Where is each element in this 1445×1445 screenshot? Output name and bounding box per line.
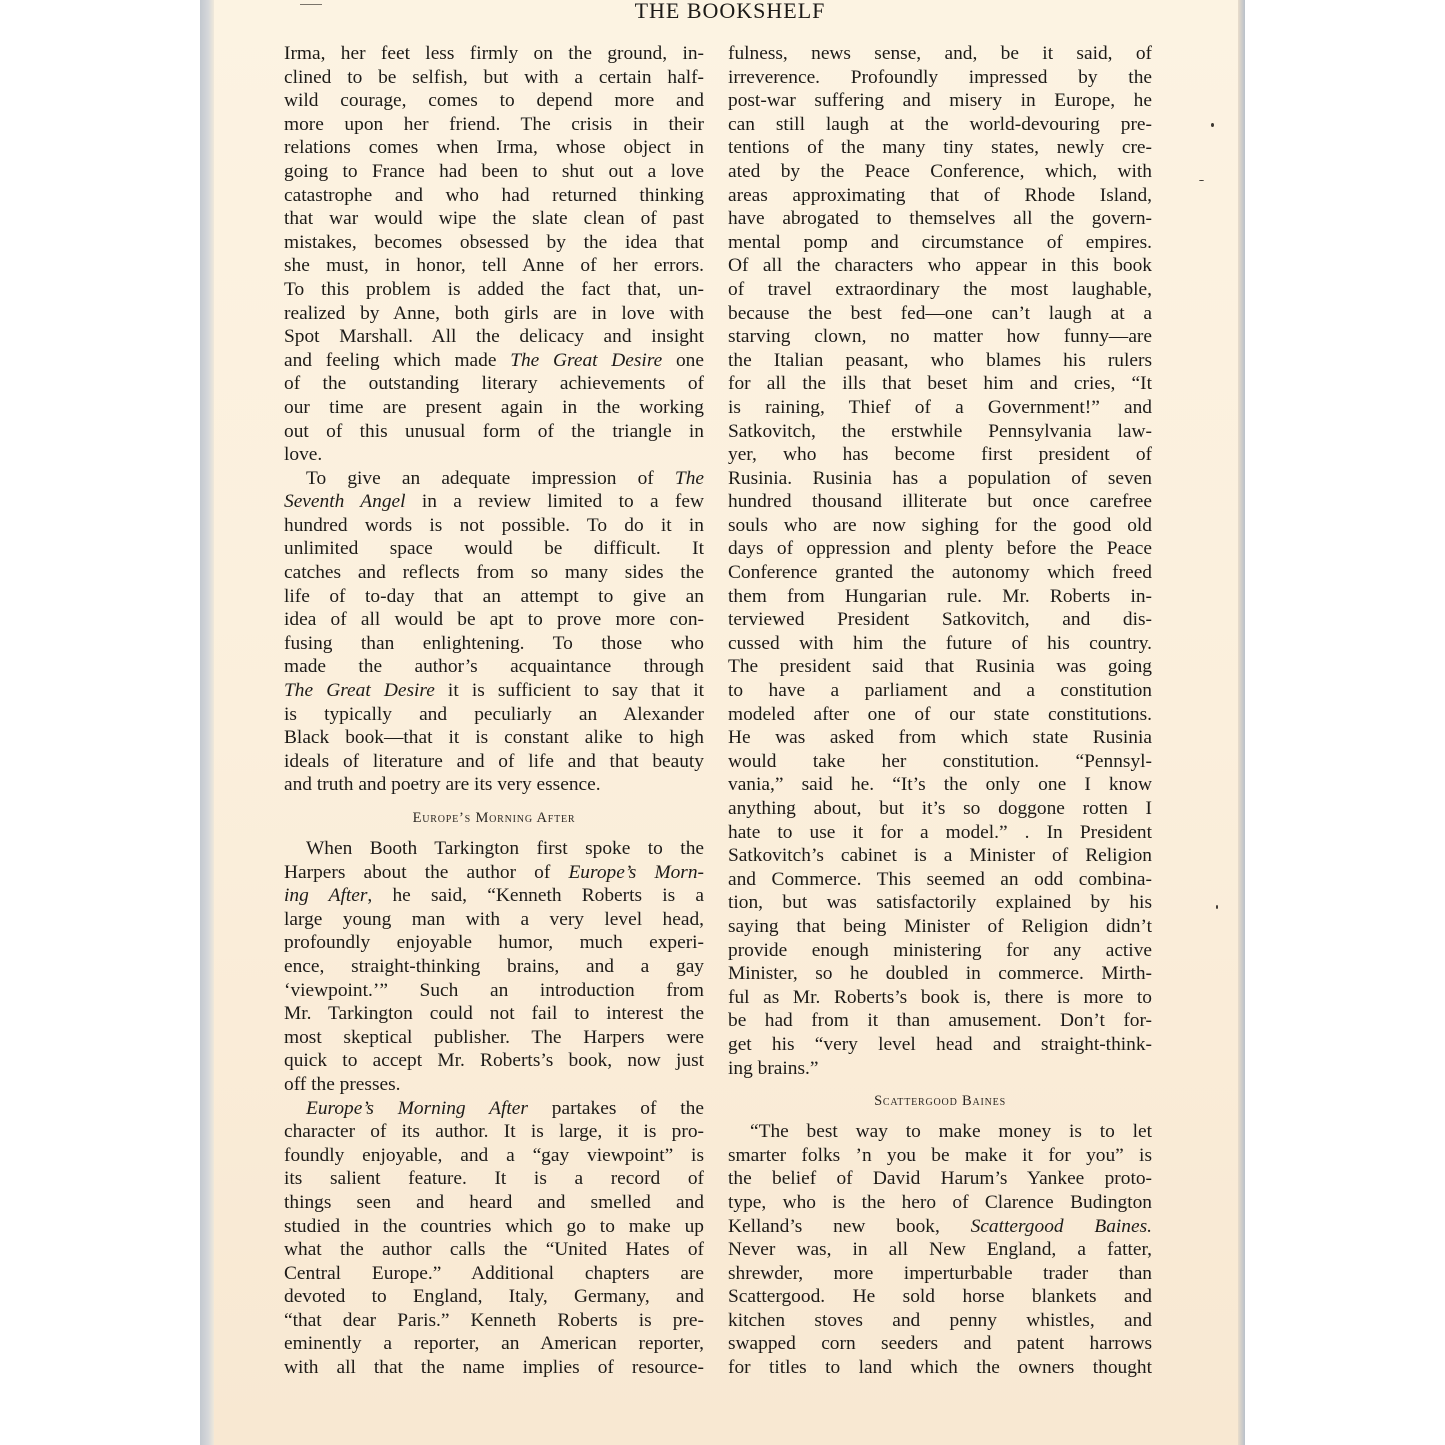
text-line: to have a parliament and a constitution [728,679,1152,703]
text-line: quick to accept Mr. Roberts’s book, now … [284,1049,704,1073]
text-line: profoundly enjoyable humor, much experi- [284,931,704,955]
text-line: relations comes when Irma, whose object … [284,136,704,160]
text-line: can still laugh at the world-devouring p… [728,113,1152,137]
text-line: kitchen stoves and penny whistles, and [728,1309,1152,1333]
text-line: yer, who has become first president of [728,443,1152,467]
text-run: Harpers about the author of [284,862,568,883]
text-line: most skeptical publisher. The Harpers we… [284,1026,704,1050]
text-line: To this problem is added the fact that, … [284,278,704,302]
text-line: the belief of David Harum’s Yankee proto… [728,1167,1152,1191]
text-line: areas approximating that of Rhode Island… [728,184,1152,208]
text-run: Kelland’s new book, [728,1216,971,1237]
running-head: THE BOOKSHELF [560,0,900,24]
text-line: Europe’s Morning After partakes of the [284,1097,704,1121]
text-line: things seen and heard and smelled and [284,1191,704,1215]
text-line: tentions of the many tiny states, newly … [728,136,1152,160]
text-line: Black book—that it is constant alike to … [284,726,704,750]
text-line: Kelland’s new book, Scattergood Baines. [728,1215,1152,1239]
text-run: in a review limited to a few [406,491,704,512]
paper-speck [1216,905,1218,909]
text-line: realized by Anne, both girls are in love… [284,302,704,326]
text-line: fulness, news sense, and, be it said, of [728,42,1152,66]
text-line: out of this unusual form of the triangle… [284,420,704,444]
text-line: ideals of literature and of life and tha… [284,750,704,774]
text-line: saying that being Minister of Religion d… [728,915,1152,939]
text-line: hundred words is not possible. To do it … [284,514,704,538]
text-line: “The best way to make money is to let [728,1120,1152,1144]
text-line: Of all the characters who appear in this… [728,254,1152,278]
paragraph-roberts-continued: fulness, news sense, and, be it said, of… [728,42,1152,1080]
text-line: swapped corn seeders and patent harrows [728,1332,1152,1356]
text-line: fusing than enlightening. To those who [284,632,704,656]
print-mark [300,4,322,5]
text-line: large young man with a very level head, [284,908,704,932]
text-line: Scattergood. He sold horse blankets and [728,1285,1152,1309]
text-line: cussed with him the future of his countr… [728,632,1152,656]
text-line: souls who are now sighing for the good o… [728,514,1152,538]
left-column: Irma, her feet less firmly on the ground… [284,42,704,1380]
text-line: be had from it than amusement. Don’t for… [728,1009,1152,1033]
text-line: life of to-day that an attempt to give a… [284,585,704,609]
text-run: and feeling which made [284,350,510,371]
text-line: Spot Marshall. All the delicacy and insi… [284,325,704,349]
text-line: anything about, but it’s so doggone rott… [728,797,1152,821]
text-line: she must, in honor, tell Anne of her err… [284,254,704,278]
text-line: studied in the countries which go to mak… [284,1215,704,1239]
paper-speck [1211,123,1214,127]
text-line: because the best fed—one can’t laugh at … [728,302,1152,326]
section-heading-europes-morning-after: Europe’s Morning After [284,797,704,833]
text-line: “that dear Paris.” Kenneth Roberts is pr… [284,1309,704,1333]
text-run: To give an adequate impression of [306,468,675,489]
book-title: Seventh Angel [284,491,406,512]
text-line: catches and reflects from so many sides … [284,561,704,585]
text-line: devoted to England, Italy, Germany, and [284,1285,704,1309]
book-title: Europe’s Morning After [306,1098,528,1119]
text-line: mental pomp and circumstance of empires. [728,231,1152,255]
text-line: the Italian peasant, who blames his rule… [728,349,1152,373]
text-line: Central Europe.” Additional chapters are [284,1262,704,1286]
page-right-edge [1238,0,1245,1445]
text-line: eminently a reporter, an American report… [284,1332,704,1356]
text-line: wild courage, comes to depend more and [284,89,704,113]
text-line: of travel extraordinary the most laughab… [728,278,1152,302]
text-run: it is sufficient to say that it [435,680,704,701]
text-line: more upon her friend. The crisis in thei… [284,113,704,137]
text-line: Conference granted the autonomy which fr… [728,561,1152,585]
text-line: ated by the Peace Conference, which, wit… [728,160,1152,184]
text-line: To give an adequate impression of The [284,467,704,491]
text-line: Seventh Angel in a review limited to a f… [284,490,704,514]
book-title: The [675,468,704,489]
paragraph-irma: Irma, her feet less firmly on the ground… [284,42,704,467]
book-title: The Great Desire [284,680,435,701]
text-line: hundred thousand illiterate but once car… [728,490,1152,514]
text-line: vania,” said he. “It’s the only one I kn… [728,773,1152,797]
page-left-edge [200,0,214,1445]
text-line: Harpers about the author of Europe’s Mor… [284,861,704,885]
text-line: have abrogated to themselves all the gov… [728,207,1152,231]
text-line: hate to use it for a model.” . In Presid… [728,821,1152,845]
text-line: clined to be selfish, but with a certain… [284,66,704,90]
paragraph-tarkington: When Booth Tarkington first spoke to the… [284,837,704,1097]
paper-speck [1199,180,1204,181]
text-line: starving clown, no matter how funny—are [728,325,1152,349]
text-run: partakes of the [528,1098,704,1119]
book-title: The Great Desire [510,350,662,371]
paragraph-scattergood: “The best way to make money is to let sm… [728,1120,1152,1380]
text-line: The Great Desire it is sufficient to say… [284,679,704,703]
book-title: Europe’s Morn- [568,862,704,883]
text-line: He was asked from which state Rusinia [728,726,1152,750]
text-line: shrewder, more imperturbable trader than [728,1262,1152,1286]
text-line: for titles to land which the owners thou… [728,1356,1152,1380]
text-line: its salient feature. It is a record of [284,1167,704,1191]
text-line: Minister, so he doubled in commerce. Mir… [728,962,1152,986]
text-line: ence, straight-thinking brains, and a ga… [284,955,704,979]
book-title: Scattergood Baines. [971,1216,1152,1237]
text-line: Mr. Tarkington could not fail to interes… [284,1002,704,1026]
text-line: Satkovitch’s cabinet is a Minister of Re… [728,844,1152,868]
text-line: provide enough ministering for any activ… [728,939,1152,963]
text-line: idea of all would be apt to prove more c… [284,608,704,632]
text-line: with all that the name implies of resour… [284,1356,704,1380]
right-column: fulness, news sense, and, be it said, of… [728,42,1152,1380]
text-line: what the author calls the “United Hates … [284,1238,704,1262]
text-line: character of its author. It is large, it… [284,1120,704,1144]
text-line: Never was, in all New England, a fatter, [728,1238,1152,1262]
text-line: irreverence. Profoundly impressed by the [728,66,1152,90]
text-line: get his “very level head and straight-th… [728,1033,1152,1057]
text-line: modeled after one of our state constitut… [728,703,1152,727]
text-line: tion, but was satisfactorily explained b… [728,891,1152,915]
text-line: off the presses. [284,1073,704,1097]
text-line: terviewed President Satkovitch, and dis- [728,608,1152,632]
text-line: days of oppression and plenty before the… [728,537,1152,561]
text-line: that war would wipe the slate clean of p… [284,207,704,231]
text-line: smarter folks ’n you be make it for you”… [728,1144,1152,1168]
paragraph-seventh-angel: To give an adequate impression of The Se… [284,467,704,797]
text-line: mistakes, becomes obsessed by the idea t… [284,231,704,255]
text-line: ‘viewpoint.’” Such an introduction from [284,979,704,1003]
text-line: Satkovitch, the erstwhile Pennsylvania l… [728,420,1152,444]
text-line: would take her constitution. “Pennsyl- [728,750,1152,774]
text-line: is raining, Thief of a Government!” and [728,396,1152,420]
text-line: our time are present again in the workin… [284,396,704,420]
text-line: post-war suffering and misery in Europe,… [728,89,1152,113]
text-line: Irma, her feet less firmly on the ground… [284,42,704,66]
paragraph-europes-morning-after: Europe’s Morning After partakes of the c… [284,1097,704,1380]
text-line: them from Hungarian rule. Mr. Roberts in… [728,585,1152,609]
text-line: type, who is the hero of Clarence Buding… [728,1191,1152,1215]
text-line: The president said that Rusinia was goin… [728,655,1152,679]
text-line: catastrophe and who had returned thinkin… [284,184,704,208]
text-run: , he said, “Kenneth Roberts is a [367,885,704,906]
book-title: ing After [284,885,367,906]
text-run: one [662,350,704,371]
text-line: ful as Mr. Roberts’s book is, there is m… [728,986,1152,1010]
section-heading-scattergood-baines: Scattergood Baines [728,1080,1152,1116]
text-line: and feeling which made The Great Desire … [284,349,704,373]
text-line: love. [284,443,704,467]
text-line: unlimited space would be difficult. It [284,537,704,561]
text-line: for all the ills that beset him and crie… [728,372,1152,396]
text-line: and truth and poetry are its very essenc… [284,773,704,797]
text-line: ing brains.” [728,1057,1152,1081]
text-line: of the outstanding literary achievements… [284,372,704,396]
text-line: ing After, he said, “Kenneth Roberts is … [284,884,704,908]
text-line: Rusinia. Rusinia has a population of sev… [728,467,1152,491]
text-line: and Commerce. This seemed an odd combina… [728,868,1152,892]
text-line: is typically and peculiarly an Alexander [284,703,704,727]
text-line: made the author’s acquaintance through [284,655,704,679]
text-line: foundly enjoyable, and a “gay viewpoint”… [284,1144,704,1168]
text-line: going to France had been to shut out a l… [284,160,704,184]
text-line: When Booth Tarkington first spoke to the [284,837,704,861]
